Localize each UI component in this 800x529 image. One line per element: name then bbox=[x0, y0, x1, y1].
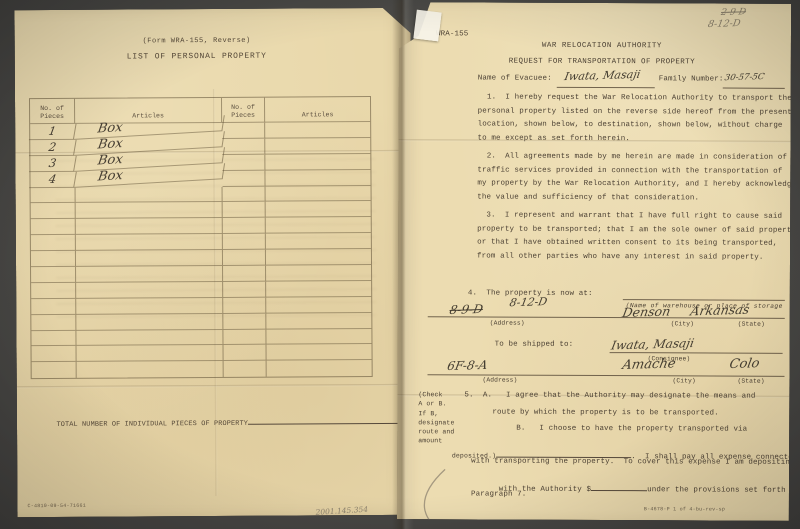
article-cell bbox=[265, 170, 370, 187]
underline-rule bbox=[723, 88, 785, 89]
text-line: 1. I hereby request the War Relocation A… bbox=[478, 91, 792, 106]
pieces-cell: 1 bbox=[29, 124, 77, 140]
text-line: from all other parties who have any inte… bbox=[477, 250, 800, 265]
pieces-cell bbox=[223, 186, 266, 202]
pieces-cell bbox=[31, 299, 76, 315]
item5b-line3: with transporting the property. To cover… bbox=[471, 457, 794, 466]
text-line: If B, bbox=[418, 409, 454, 418]
table-header: Articles bbox=[265, 97, 370, 123]
pencil-mark bbox=[411, 466, 451, 526]
article-cell bbox=[266, 233, 371, 250]
state-label: (State) bbox=[737, 378, 764, 385]
ship-to-label: To be shipped to: bbox=[495, 341, 574, 349]
pieces-cell: 4 bbox=[29, 172, 77, 188]
print-code: C-4810-09-54-71661 bbox=[27, 503, 86, 509]
item5b-line4-post: under the provisions set forth in bbox=[647, 486, 800, 495]
city-label: (City) bbox=[671, 320, 694, 327]
underline-rule bbox=[428, 374, 785, 377]
form-ref: (Form WRA-155, Reverse) bbox=[15, 36, 379, 46]
pieces-cell bbox=[222, 139, 265, 155]
family-number: 30-57-5C bbox=[724, 72, 765, 83]
state-label: (State) bbox=[738, 321, 765, 328]
pieces-cell bbox=[223, 329, 266, 345]
destination-state: Colo bbox=[728, 356, 761, 372]
blank-line bbox=[591, 482, 647, 491]
article-cell bbox=[266, 329, 371, 346]
accession-number: 2001.145.354 bbox=[315, 505, 368, 517]
pieces-cell bbox=[31, 283, 76, 299]
tape-repair bbox=[413, 10, 441, 42]
article-cell bbox=[265, 138, 370, 155]
pieces-cell bbox=[222, 123, 265, 139]
pieces-cell bbox=[32, 362, 77, 378]
table-header: No. of Pieces bbox=[222, 98, 265, 123]
pieces-cell: 3 bbox=[29, 156, 77, 172]
paragraph-2: 2. All agreements made by me herein are … bbox=[477, 150, 796, 206]
pieces-cell bbox=[223, 282, 266, 298]
pieces-cell bbox=[31, 330, 76, 346]
now-at-crossed: 8-9-D bbox=[448, 302, 484, 317]
pieces-cell bbox=[223, 202, 266, 218]
city-label: (City) bbox=[672, 377, 695, 384]
margin-note: (CheckA or B.If B,designateroute andamou… bbox=[418, 390, 454, 446]
property-table: No. of PiecesArticlesNo. of PiecesArticl… bbox=[29, 96, 373, 379]
right-page: WRA-155 2-9-D 8-12-D WAR RELOCATION AUTH… bbox=[397, 2, 791, 521]
page-title: LIST OF PERSONAL PROPERTY bbox=[15, 51, 379, 62]
article-cell bbox=[266, 217, 371, 234]
pieces-cell bbox=[31, 235, 76, 251]
pieces-cell: 2 bbox=[29, 140, 77, 156]
article-cell bbox=[76, 282, 223, 299]
now-at-city: Denson bbox=[621, 304, 672, 320]
total-line: TOTAL NUMBER OF INDIVIDUAL PIECES OF PRO… bbox=[31, 407, 404, 437]
article-cell bbox=[76, 187, 223, 204]
form-number: WRA-155 bbox=[436, 30, 468, 38]
article-cell bbox=[266, 313, 371, 330]
evacuee-name: Iwata, Masaji bbox=[563, 68, 641, 83]
text-line: the value and sufficiency of that consid… bbox=[477, 191, 796, 206]
article-cell bbox=[267, 360, 372, 377]
left-page: (Form WRA-155, Reverse) LIST OF PERSONAL… bbox=[14, 8, 413, 517]
article-cell bbox=[77, 345, 224, 362]
text-line: personal property listed on the reverse … bbox=[478, 105, 792, 120]
address-label: (Address) bbox=[490, 320, 525, 327]
now-at-code: 8-12-D bbox=[509, 295, 549, 309]
text-line: 2. All agreements made by me herein are … bbox=[477, 150, 796, 165]
article-cell bbox=[265, 154, 370, 171]
pieces-cell bbox=[223, 313, 266, 329]
text-line: property to be transported; that I am th… bbox=[477, 223, 800, 238]
pieces-cell bbox=[31, 251, 76, 267]
article-cell bbox=[266, 281, 371, 298]
paragraph-1: 1. I hereby request the War Relocation A… bbox=[478, 91, 792, 147]
print-code: B-4678-P 1 of 4-bu-rev-sp bbox=[644, 506, 725, 512]
item5a-line2: route by which the property is to be tra… bbox=[492, 409, 718, 418]
pieces-cell bbox=[222, 170, 265, 186]
pieces-cell bbox=[223, 218, 266, 234]
article-cell bbox=[266, 265, 371, 282]
text-line: or that I have obtained written consent … bbox=[477, 237, 800, 252]
blank-line bbox=[248, 415, 404, 425]
center-fold bbox=[392, 0, 414, 529]
pieces-cell bbox=[222, 154, 265, 170]
pieces-cell bbox=[31, 203, 76, 219]
item5b-line1: B. I choose to have the property transpo… bbox=[516, 425, 747, 434]
text-line: traffic services provided in connection … bbox=[477, 164, 796, 179]
consignee-name: Iwata, Masaji bbox=[610, 336, 695, 352]
pencil-note-crossed: 2-9-D bbox=[720, 7, 747, 18]
text-line: route and bbox=[418, 427, 454, 436]
text-line: my property by the War Relocation Author… bbox=[477, 178, 796, 193]
destination-city: Amache bbox=[621, 356, 677, 373]
pieces-cell bbox=[31, 187, 76, 203]
address-label: (Address) bbox=[482, 377, 517, 384]
scanned-document: (Form WRA-155, Reverse) LIST OF PERSONAL… bbox=[0, 0, 800, 529]
article-cell bbox=[76, 250, 223, 267]
pieces-cell bbox=[223, 297, 266, 313]
article-cell bbox=[77, 361, 224, 378]
page-subtitle: REQUEST FOR TRANSPORTATION OF PROPERTY bbox=[422, 57, 782, 67]
article-cell bbox=[265, 122, 370, 139]
article-cell bbox=[266, 297, 371, 314]
page-title: WAR RELOCATION AUTHORITY bbox=[422, 41, 782, 51]
article-cell bbox=[76, 234, 223, 251]
text-line: designate bbox=[418, 418, 454, 427]
pieces-cell bbox=[223, 250, 266, 266]
table-header: No. of Pieces bbox=[30, 99, 75, 124]
text-line: A or B. bbox=[418, 400, 454, 409]
item5b-line5: Paragraph 7. bbox=[471, 490, 526, 498]
pieces-cell bbox=[224, 345, 267, 361]
underline-rule bbox=[557, 87, 655, 88]
family-number-label: Family Number: bbox=[659, 75, 724, 83]
pieces-cell bbox=[32, 346, 77, 362]
table-row bbox=[32, 360, 372, 378]
pieces-cell bbox=[223, 266, 266, 282]
pieces-cell bbox=[31, 267, 76, 283]
article-cell bbox=[266, 186, 371, 203]
article-cell bbox=[76, 202, 223, 219]
pieces-cell bbox=[31, 219, 76, 235]
underline-rule bbox=[610, 352, 783, 354]
text-line: to me except as set forth herein. bbox=[478, 132, 792, 147]
underline-rule bbox=[623, 299, 785, 301]
article-cell bbox=[76, 266, 223, 283]
article-cell bbox=[76, 314, 223, 331]
total-label: TOTAL NUMBER OF INDIVIDUAL PIECES OF PRO… bbox=[56, 420, 248, 429]
article-cell bbox=[76, 330, 223, 347]
text-line: location, shown below, to destination, s… bbox=[478, 119, 792, 134]
now-at-state: Arkansas bbox=[689, 302, 751, 319]
article-cell bbox=[267, 345, 372, 362]
article-cell bbox=[266, 201, 371, 218]
pieces-cell bbox=[224, 361, 267, 377]
destination-address: 6F-8-A bbox=[446, 358, 489, 373]
article-cell bbox=[76, 298, 223, 315]
paragraph-3: 3. I represent and warrant that I have f… bbox=[477, 209, 800, 265]
article-cell bbox=[266, 249, 371, 266]
pieces-cell bbox=[223, 234, 266, 250]
text-line: 3. I represent and warrant that I have f… bbox=[477, 209, 800, 224]
name-label: Name of Evacuee: bbox=[478, 74, 552, 82]
article-cell bbox=[76, 218, 223, 235]
item5a-line1: 5. A. I agree that the Authority may des… bbox=[464, 391, 755, 400]
text-line: (Check bbox=[418, 390, 454, 399]
pieces-cell bbox=[31, 315, 76, 331]
pencil-note: 8-12-D bbox=[707, 18, 741, 30]
